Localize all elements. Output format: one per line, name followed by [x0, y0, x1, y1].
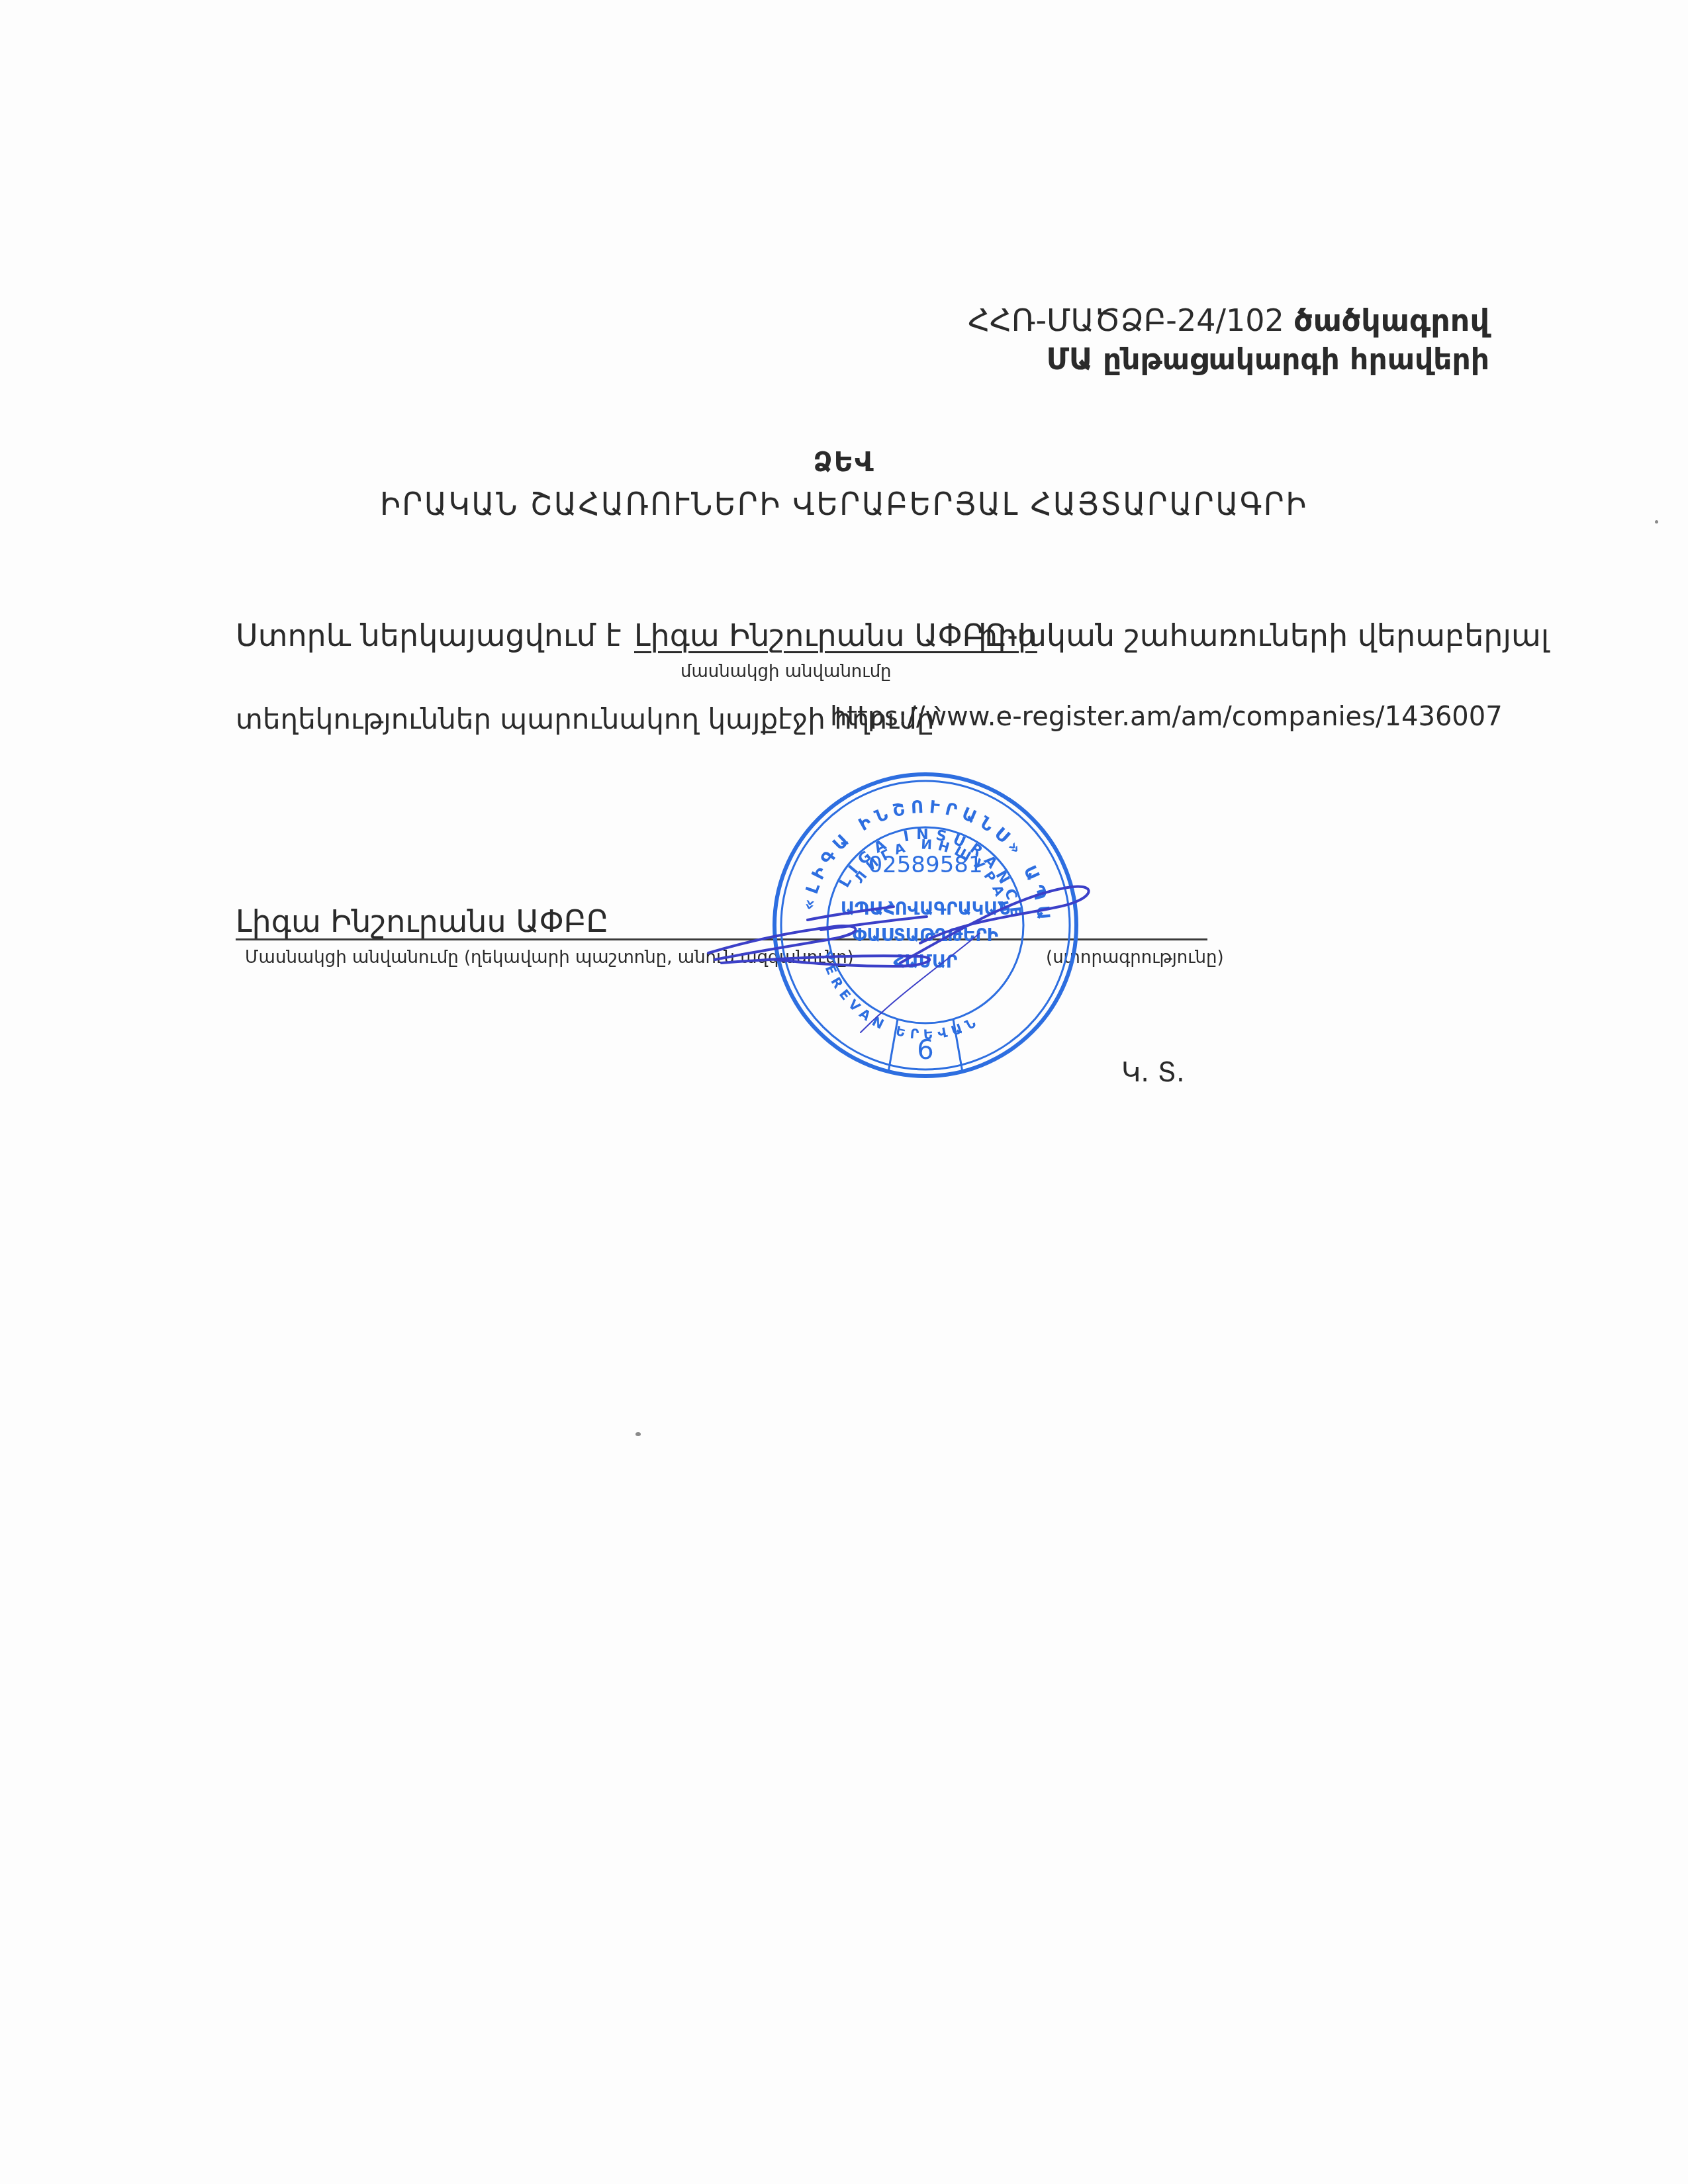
document-title: ԻՐԱԿԱՆ ՇԱՀԱՌՈՒՆԵՐԻ ՎԵՐԱԲԵՐՅԱԼ ՀԱՅՏԱՐԱՐԱԳ…	[68, 486, 1620, 523]
statement-company-name: Լիգա Ինշուրանս ԱՓԲԸ-ի	[634, 617, 1037, 653]
statement-rest: իրական շահառուների վերաբերյալ	[978, 617, 1549, 653]
reference-suffix: ծածկագրով	[1293, 302, 1489, 338]
stamp-registration-number: 02589581	[868, 852, 982, 878]
company-name-caption: մասնակցի անվանումը	[680, 662, 892, 682]
reference-subtitle: ՄԱ ընթացակարգի հրավերի	[1047, 343, 1489, 377]
seal-place-label: Կ. Տ.	[1121, 1058, 1185, 1088]
reference-code: ՀՀՌ-ՄԱԾՁԲ-24/102	[968, 302, 1284, 338]
scan-speck	[635, 1432, 641, 1436]
scan-speck	[1655, 520, 1658, 523]
form-label: ՁԵՎ	[0, 447, 1688, 478]
statement-intro: Ստորև ներկայացվում է	[236, 617, 621, 653]
register-url[interactable]: https://www.e-register.am/am/companies/1…	[830, 702, 1503, 732]
reference-code-line: ՀՀՌ-ՄԱԾՁԲ-24/102 ծածկագրով	[968, 302, 1489, 338]
signatory-company: Լիգա Ինշուրանս ԱՓԲԸ	[236, 903, 608, 939]
handwritten-signature	[702, 880, 1112, 1052]
